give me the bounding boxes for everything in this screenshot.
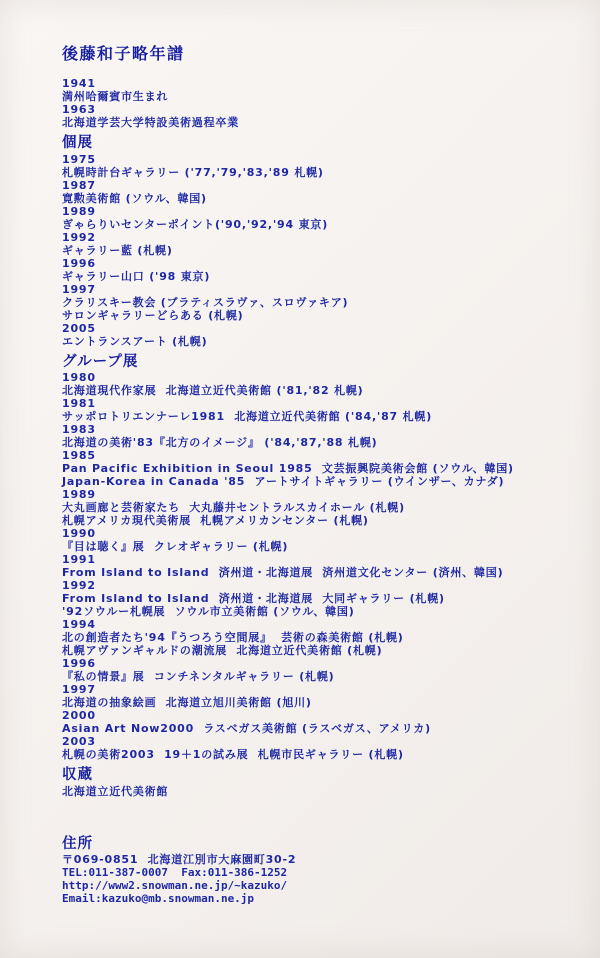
year-label: 1983	[62, 423, 564, 436]
year-label: 1994	[62, 618, 564, 631]
entry-line: From Island to Island 済州道・北海道展 済州道文化センター…	[62, 566, 564, 579]
document-body: 1941満州哈爾賓市生まれ1963北海道学芸大学特設美術過程卒業個展1975札幌…	[62, 77, 564, 905]
year-label: 1997	[62, 683, 564, 696]
year-label: 1989	[62, 205, 564, 218]
year-label: 1996	[62, 657, 564, 670]
year-label: 1987	[62, 179, 564, 192]
year-label: 1989	[62, 488, 564, 501]
entry-line: http://www2.snowman.ne.jp/~kazuko/	[62, 879, 564, 892]
year-label: 1997	[62, 283, 564, 296]
entry-line: 北海道現代作家展 北海道立近代美術館 ('81,'82 札幌)	[62, 384, 564, 397]
entry-line: 『私の情景』展 コンチネンタルギャラリー (札幌)	[62, 670, 564, 683]
scanned-document-page: 後藤和子略年譜 1941満州哈爾賓市生まれ1963北海道学芸大学特設美術過程卒業…	[0, 0, 600, 958]
section-heading: グループ展	[62, 355, 564, 371]
entry-line: 満州哈爾賓市生まれ	[62, 90, 564, 103]
entry-line: From Island to Island 済州道・北海道展 大同ギャラリー (…	[62, 592, 564, 605]
section-solo-exhibitions: 個展1975札幌時計台ギャラリー ('77,'79,'83,'89 札幌)198…	[62, 136, 564, 348]
entry-line: 北海道の美術'83『北方のイメージ』 ('84,'87,'88 札幌)	[62, 436, 564, 449]
year-label: 1975	[62, 153, 564, 166]
year-label: 1985	[62, 449, 564, 462]
entry-line: 北の創造者たち'94『うつろう空間展』 芸術の森美術館 (札幌)	[62, 631, 564, 644]
year-label: 1941	[62, 77, 564, 90]
entry-line: Email:kazuko@mb.snowman.ne.jp	[62, 892, 564, 905]
year-label: 1991	[62, 553, 564, 566]
year-label: 1990	[62, 527, 564, 540]
entry-line: サロンギャラリーどらある (札幌)	[62, 309, 564, 322]
section-group-exhibitions: グループ展1980北海道現代作家展 北海道立近代美術館 ('81,'82 札幌)…	[62, 355, 564, 762]
entry-line: 大丸画廊と芸術家たち 大丸藤井セントラルスカイホール (札幌)	[62, 501, 564, 514]
entry-line: ぎゃらりいセンターポイント('90,'92,'94 東京)	[62, 218, 564, 231]
year-label: 1981	[62, 397, 564, 410]
entry-line: 寛勲美術館 (ソウル、韓国)	[62, 192, 564, 205]
year-label: 2000	[62, 709, 564, 722]
entry-line: エントランスアート (札幌)	[62, 335, 564, 348]
entry-line: 北海道立近代美術館	[62, 785, 564, 798]
year-label: 2005	[62, 322, 564, 335]
year-label: 2003	[62, 735, 564, 748]
section-bio: 1941満州哈爾賓市生まれ1963北海道学芸大学特設美術過程卒業	[62, 77, 564, 129]
entry-line: Asian Art Now2000 ラスベガス美術館 (ラスベガス、アメリカ)	[62, 722, 564, 735]
section-collection: 収蔵北海道立近代美術館	[62, 768, 564, 798]
section-heading: 収蔵	[62, 768, 564, 784]
entry-line: ギャラリー藍 (札幌)	[62, 244, 564, 257]
entry-line: TEL:011-387-0007 Fax:011-386-1252	[62, 866, 564, 879]
entry-line: Pan Pacific Exhibition in Seoul 1985 文芸振…	[62, 462, 564, 475]
entry-line: 北海道学芸大学特設美術過程卒業	[62, 116, 564, 129]
entry-line: 〒069-0851 北海道江別市大麻園町30-2	[62, 853, 564, 866]
section-address: 住所〒069-0851 北海道江別市大麻園町30-2TEL:011-387-00…	[62, 837, 564, 906]
year-label: 1996	[62, 257, 564, 270]
page-title: 後藤和子略年譜	[62, 44, 564, 63]
section-heading: 個展	[62, 136, 564, 152]
year-label: 1992	[62, 231, 564, 244]
entry-line: クラリスキー教会 (ブラティスラヴァ、スロヴァキア)	[62, 296, 564, 309]
year-label: 1992	[62, 579, 564, 592]
section-heading: 住所	[62, 837, 564, 853]
entry-line: 北海道の抽象絵画 北海道立旭川美術館 (旭川)	[62, 696, 564, 709]
entry-line: ギャラリー山口 ('98 東京)	[62, 270, 564, 283]
entry-line: サッポロトリエンナーレ1981 北海道立近代美術館 ('84,'87 札幌)	[62, 410, 564, 423]
year-label: 1980	[62, 371, 564, 384]
entry-line: 『目は聴く』展 クレオギャラリー (札幌)	[62, 540, 564, 553]
entry-line: '92ソウルー札幌展 ソウル市立美術館 (ソウル、韓国)	[62, 605, 564, 618]
entry-line: 札幌時計台ギャラリー ('77,'79,'83,'89 札幌)	[62, 166, 564, 179]
entry-line: 札幌アヴァンギャルドの潮流展 北海道立近代美術館 (札幌)	[62, 644, 564, 657]
entry-line: Japan-Korea in Canada '85 アートサイトギャラリー (ウ…	[62, 475, 564, 488]
entry-line: 札幌の美術2003 19＋1の試み展 札幌市民ギャラリー (札幌)	[62, 748, 564, 761]
year-label: 1963	[62, 103, 564, 116]
entry-line: 札幌アメリカ現代美術展 札幌アメリカンセンター (札幌)	[62, 514, 564, 527]
